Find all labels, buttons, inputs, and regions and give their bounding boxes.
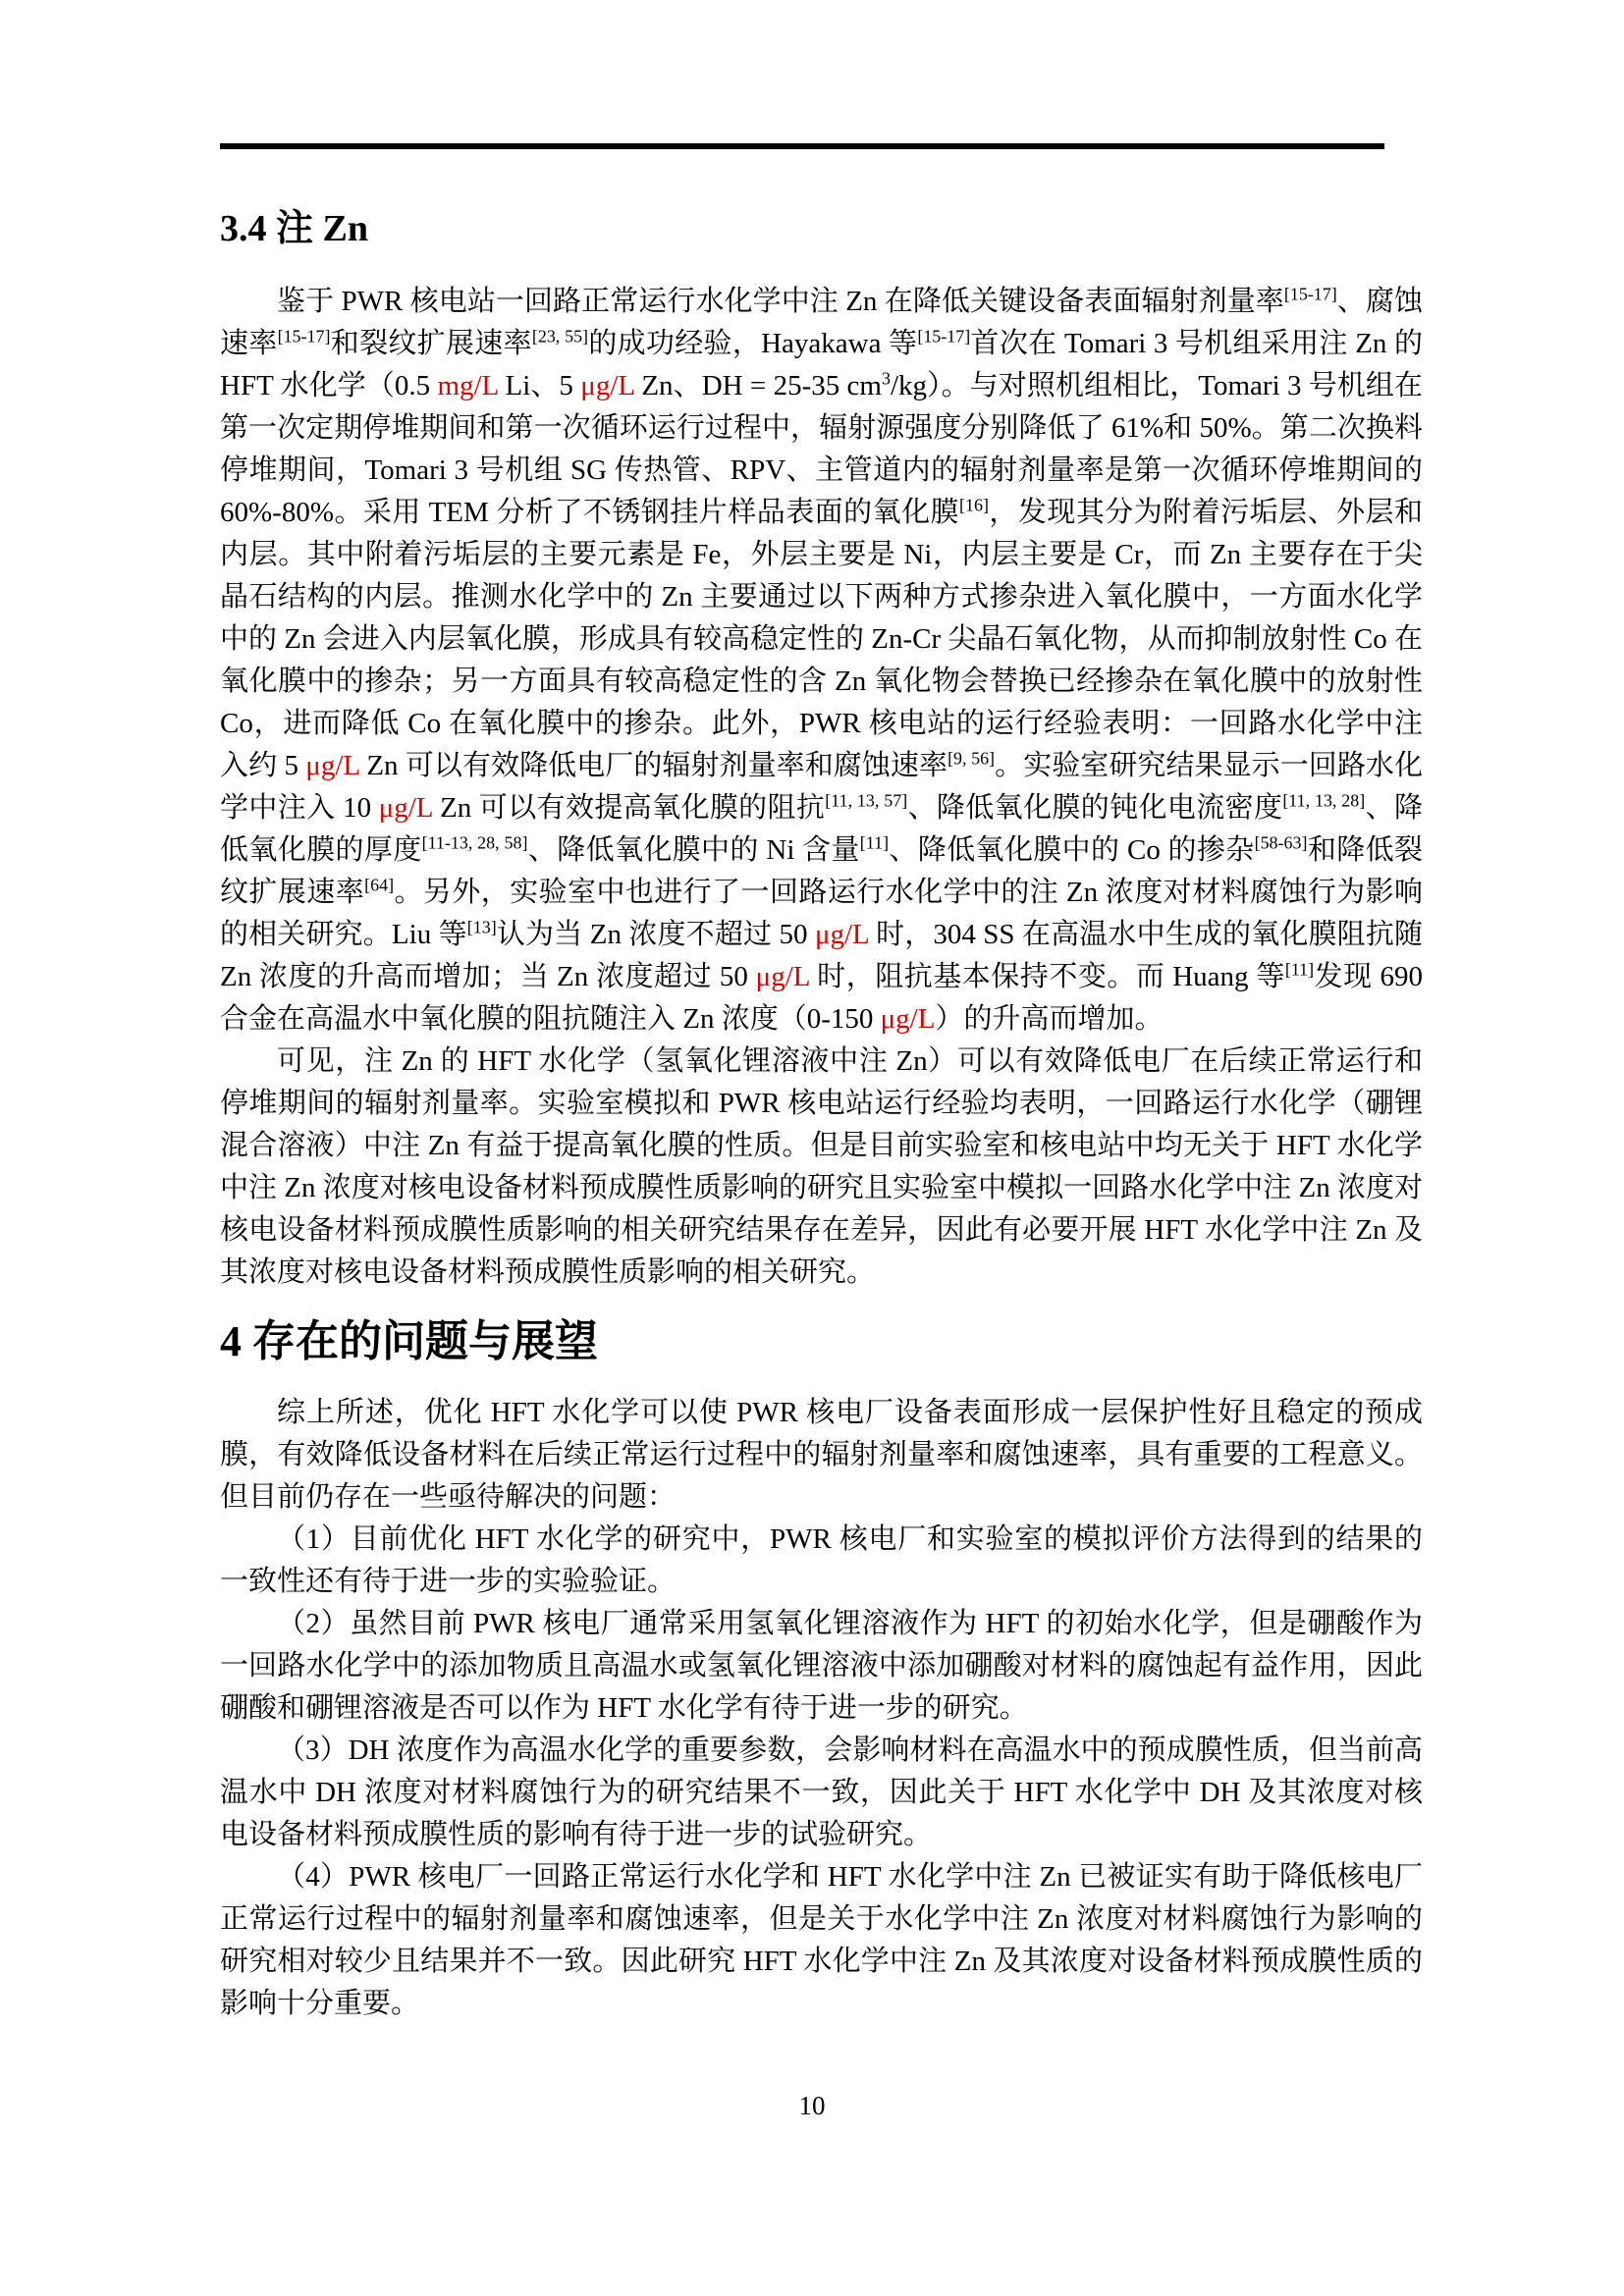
citation-superscript: [9, 56] xyxy=(947,748,995,768)
text-run: 、降低氧化膜的钝化电流密度 xyxy=(907,792,1282,824)
text-run: Li、5 xyxy=(498,370,580,401)
citation-superscript: [15-17] xyxy=(1284,284,1337,303)
unit-highlight: mg/L xyxy=(437,370,498,401)
text-run: （4）PWR 核电厂一回路正常运行水化学和 HFT 水化学中注 Zn 已被证实有… xyxy=(220,1861,1423,2019)
citation-superscript: [11-13, 28, 58] xyxy=(422,832,528,852)
text-run: （1）目前优化 HFT 水化学的研究中，PWR 核电厂和实验室的模拟评价方法得到… xyxy=(220,1523,1423,1597)
text-run: 、降低氧化膜中的 Ni 含量 xyxy=(527,834,859,866)
unit-highlight: μg/L xyxy=(815,919,869,950)
text-run: （3）DH 浓度作为高温水化学的重要参数，会影响材料在高温水中的预成膜性质，但当… xyxy=(220,1735,1423,1850)
text-run: 和裂纹扩展速率 xyxy=(330,328,531,359)
text-run: Zn、DH = 25-35 cm xyxy=(634,370,882,401)
paragraph-zn-overview: 鉴于 PWR 核电站一回路正常运行水化学中注 Zn 在降低关键设备表面辐射剂量率… xyxy=(220,281,1423,1041)
page-number: 10 xyxy=(799,2091,826,2120)
text-run: 综上所述，优化 HFT 水化学可以使 PWR 核电厂设备表面形成一层保护性好且稳… xyxy=(220,1397,1423,1513)
text-run: 4 存在的问题与展望 xyxy=(220,1317,598,1365)
paragraph-issue-4: （4）PWR 核电厂一回路正常运行水化学和 HFT 水化学中注 Zn 已被证实有… xyxy=(220,1856,1423,2025)
section-heading-3-4: 3.4 注 Zn xyxy=(220,208,1423,251)
paragraph-issue-3: （3）DH 浓度作为高温水化学的重要参数，会影响材料在高温水中的预成膜性质，但当… xyxy=(220,1730,1423,1856)
text-run: 可见，注 Zn 的 HFT 水化学（氢氧化锂溶液中注 Zn）可以有效降低电厂在后… xyxy=(220,1045,1423,1288)
citation-superscript: [11, 13, 57] xyxy=(825,790,907,810)
text-run: Zn 可以有效降低电厂的辐射剂量率和腐蚀速率 xyxy=(359,750,947,781)
text-run: 、降低氧化膜中的 Co 的掺杂 xyxy=(889,834,1255,866)
section-heading-4: 4 存在的问题与展望 xyxy=(220,1317,1423,1367)
page-footer: 10 xyxy=(0,2091,1624,2121)
document-page: 3.4 注 Zn鉴于 PWR 核电站一回路正常运行水化学中注 Zn 在降低关键设… xyxy=(0,0,1624,2296)
text-run: 鉴于 PWR 核电站一回路正常运行水化学中注 Zn 在降低关键设备表面辐射剂量率 xyxy=(277,286,1284,317)
text-run: 的成功经验，Hayakawa 等 xyxy=(588,328,917,359)
text-run: ）的升高而增加。 xyxy=(935,1003,1163,1035)
header-rule xyxy=(220,143,1384,149)
unit-highlight: μg/L xyxy=(305,750,359,781)
text-run: 认为当 Zn 浓度不超过 50 xyxy=(497,919,815,950)
citation-superscript: [15-17] xyxy=(278,326,331,346)
unit-highlight: μg/L xyxy=(881,1003,936,1035)
text-run: ，发现其分为附着污垢层、外层和内层。其中附着污垢层的主要元素是 Fe，外层主要是… xyxy=(220,497,1423,781)
text-run: 时，阻抗基本保持不变。而 Huang 等 xyxy=(809,961,1284,992)
unit-highlight: μg/L xyxy=(580,370,634,401)
paragraph-issue-1: （1）目前优化 HFT 水化学的研究中，PWR 核电厂和实验室的模拟评价方法得到… xyxy=(220,1519,1423,1603)
citation-superscript: 3 xyxy=(882,368,891,388)
citation-superscript: [11] xyxy=(1285,959,1314,979)
citation-superscript: [13] xyxy=(467,917,497,936)
text-run: 3.4 注 Zn xyxy=(220,208,368,249)
citation-superscript: [15-17] xyxy=(917,326,970,346)
page-content: 3.4 注 Zn鉴于 PWR 核电站一回路正常运行水化学中注 Zn 在降低关键设… xyxy=(0,143,1624,2025)
paragraph-conclusion-intro: 综上所述，优化 HFT 水化学可以使 PWR 核电厂设备表面形成一层保护性好且稳… xyxy=(220,1392,1423,1519)
unit-highlight: μg/L xyxy=(756,961,810,992)
text-run: （2）虽然目前 PWR 核电厂通常采用氢氧化锂溶液作为 HFT 的初始水化学，但… xyxy=(220,1608,1423,1724)
unit-highlight: μg/L xyxy=(379,792,433,824)
citation-superscript: [16] xyxy=(959,495,989,514)
citation-superscript: [11] xyxy=(860,832,889,852)
citation-superscript: [64] xyxy=(364,875,394,894)
citation-superscript: [11, 13, 28] xyxy=(1282,790,1365,810)
document-blocks: 3.4 注 Zn鉴于 PWR 核电站一回路正常运行水化学中注 Zn 在降低关键设… xyxy=(220,208,1423,2025)
citation-superscript: [23, 55] xyxy=(532,326,588,346)
paragraph-issue-2: （2）虽然目前 PWR 核电厂通常采用氢氧化锂溶液作为 HFT 的初始水化学，但… xyxy=(220,1603,1423,1730)
citation-superscript: [58-63] xyxy=(1255,832,1308,852)
paragraph-zn-summary: 可见，注 Zn 的 HFT 水化学（氢氧化锂溶液中注 Zn）可以有效降低电厂在后… xyxy=(220,1041,1423,1294)
text-run: Zn 可以有效提高氧化膜的阻抗 xyxy=(432,792,825,824)
